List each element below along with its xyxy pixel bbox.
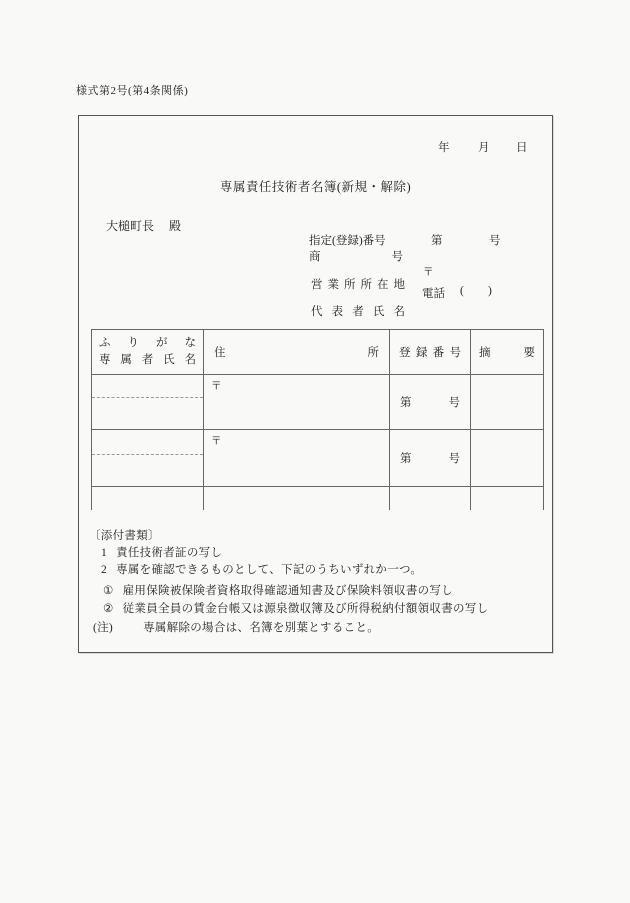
header-registration-cell: 登録番号 <box>390 330 471 375</box>
remarks-cell <box>471 430 544 487</box>
date-month-label: 月 <box>478 139 490 155</box>
engineer-roster-table: ふりがな 専属者氏名 住所 登録番号 摘要 〒 <box>91 329 544 510</box>
furigana-divider <box>92 397 203 398</box>
designation-number-suffix: 号 <box>489 232 501 248</box>
header-name-cell: ふりがな 専属者氏名 <box>92 330 204 375</box>
attachments-header: 〔添付書類〕 <box>89 527 160 543</box>
header-registration-number: 登録番号 <box>390 344 470 360</box>
name-cell <box>92 375 204 430</box>
registration-cell: 第 号 <box>390 430 471 487</box>
designation-number-line: 指定(登録)番号 第 号 <box>309 232 386 248</box>
attachment-item-text: 専属を確認できるものとして、下記のうちいずれか一つ。 <box>116 564 422 576</box>
registration-prefix: 第 <box>400 394 412 410</box>
postal-mark: 〒 <box>211 436 222 447</box>
attachment-item-number: 2 <box>101 564 107 576</box>
representative-label: 代表者氏名 <box>311 303 405 319</box>
attachment-subitem-number: ① <box>103 585 114 597</box>
table-row-truncated <box>92 487 544 510</box>
attachment-item-text: 責任技術者証の写し <box>116 547 222 559</box>
postal-mark: 〒 <box>423 264 434 279</box>
table-row: 〒 第 号 <box>92 375 544 430</box>
address-cell <box>204 487 390 510</box>
header-remarks: 摘要 <box>471 344 543 360</box>
attachment-item: 1責任技術者証の写し <box>101 544 222 560</box>
addressee-honorific: 殿 <box>169 219 181 233</box>
date-day-label: 日 <box>516 139 528 155</box>
attachment-subitem-number: ② <box>103 603 114 615</box>
designation-number-prefix: 第 <box>431 232 443 248</box>
registration-prefix: 第 <box>400 450 412 466</box>
attachment-subitem-text: 従業員全員の賃金台帳又は源泉徴収簿及び所得税納付額領収書の写し <box>123 603 489 615</box>
table-row: 〒 第 号 <box>92 430 544 487</box>
name-cell <box>92 487 204 510</box>
phone-open-paren: ( <box>460 285 464 297</box>
remarks-cell <box>471 487 544 510</box>
attachment-subitem-text: 雇用保険被保険者資格取得確認通知書及び保険料領収書の写し <box>123 585 453 597</box>
designation-number-label: 指定(登録)番号 <box>309 235 386 247</box>
phone-close-paren: ) <box>488 285 492 297</box>
header-address: 住所 <box>204 344 389 360</box>
document-title: 専属責任技術者名簿(新規・解除) <box>79 177 552 195</box>
attachment-subitem: ①雇用保険被保険者資格取得確認通知書及び保険料領収書の写し <box>103 582 453 598</box>
trade-name-label: 商号 <box>309 248 403 264</box>
name-cell <box>92 430 204 487</box>
postal-mark: 〒 <box>211 381 222 392</box>
caution-note: (注)専属解除の場合は、名簿を別葉とすること。 <box>93 619 379 635</box>
caution-note-text: 専属解除の場合は、名簿を別葉とすること。 <box>143 622 379 634</box>
registration-cell: 第 号 <box>390 375 471 430</box>
addressee-name: 大槌町長 <box>106 219 154 233</box>
attachment-subitem: ②従業員全員の賃金台帳又は源泉徴収簿及び所得税納付額領収書の写し <box>103 600 488 616</box>
phone-line: 電話 ( ) <box>422 285 445 301</box>
registration-suffix: 号 <box>449 394 461 410</box>
table-header-row: ふりがな 専属者氏名 住所 登録番号 摘要 <box>92 330 544 375</box>
address-cell: 〒 <box>204 375 390 430</box>
attachment-item: 2専属を確認できるものとして、下記のうちいずれか一つ。 <box>101 561 422 577</box>
document-frame: 年 月 日 専属責任技術者名簿(新規・解除) 大槌町長殿 指定(登録)番号 第 … <box>78 115 553 653</box>
trade-name-line: 商号 <box>309 248 403 264</box>
date-year-label: 年 <box>438 139 450 155</box>
registration-cell <box>390 487 471 510</box>
addressee-line: 大槌町長殿 <box>106 217 181 234</box>
address-cell: 〒 <box>204 430 390 487</box>
header-engineer-name: 専属者氏名 <box>99 352 196 369</box>
header-address-cell: 住所 <box>204 330 390 375</box>
caution-note-number: (注) <box>93 622 113 634</box>
form-number-label: 様式第2号(第4条関係) <box>76 82 188 98</box>
header-furigana: ふりがな <box>99 335 196 352</box>
attachment-item-number: 1 <box>101 547 107 559</box>
furigana-divider <box>92 454 203 455</box>
office-address-label: 営業所所在地 <box>311 276 405 292</box>
representative-line: 代表者氏名 <box>311 303 405 319</box>
registration-suffix: 号 <box>449 450 461 466</box>
remarks-cell <box>471 375 544 430</box>
phone-label: 電話 <box>422 288 445 300</box>
header-remarks-cell: 摘要 <box>471 330 544 375</box>
office-address-line: 営業所所在地 <box>311 276 405 292</box>
